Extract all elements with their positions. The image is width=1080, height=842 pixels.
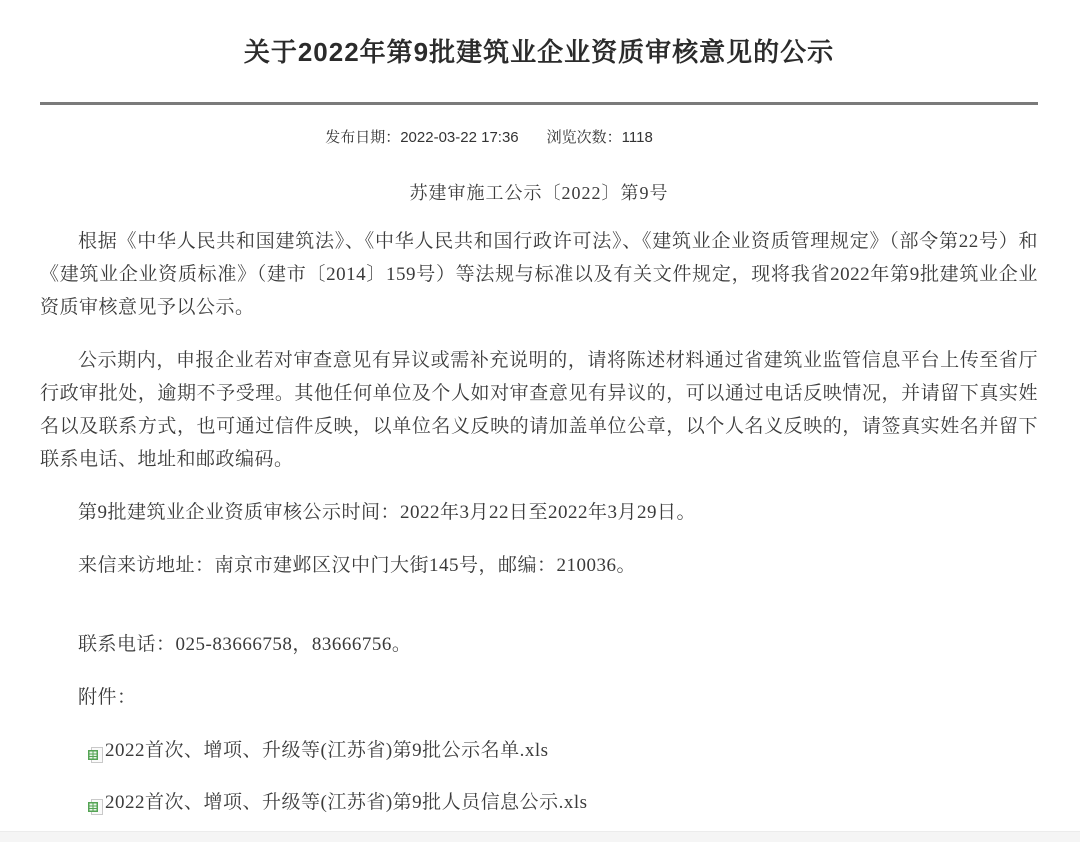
page-title: 关于2022年第9批建筑业企业资质审核意见的公示 xyxy=(40,0,1038,69)
paragraph-objection-procedure: 公示期内，申报企业若对审查意见有异议或需补充说明的，请将陈述材料通过省建筑业监管… xyxy=(40,344,1038,476)
paragraph-legal-basis: 根据《中华人民共和国建筑法》、《中华人民共和国行政许可法》、《建筑业企业资质管理… xyxy=(40,225,1038,324)
attachment-row: 2022首次、增项、升级等(江苏省)第9批公示名单.xls xyxy=(40,736,1038,766)
paragraph-mailing-address: 来信来访地址：南京市建邺区汉中门大街145号，邮编：210036。 xyxy=(40,549,1038,582)
attachment-link-personnel-info[interactable]: 2022首次、增项、升级等(江苏省)第9批人员信息公示.xls xyxy=(105,788,588,818)
paragraph-contact-phone: 联系电话：025-83666758，83666756。 xyxy=(40,628,1038,661)
excel-file-icon xyxy=(88,795,103,811)
attachment-list: 2022首次、增项、升级等(江苏省)第9批公示名单.xls 2022首次、增项、… xyxy=(40,736,1038,818)
document-number: 苏建审施工公示〔2022〕第9号 xyxy=(40,179,1038,205)
article-meta: 发布日期：2022-03-22 17:36浏览次数：1118 xyxy=(0,126,988,147)
article-content: 关于2022年第9批建筑业企业资质审核意见的公示 发布日期：2022-03-22… xyxy=(0,0,1080,818)
paragraph-publicity-period: 第9批建筑业企业资质审核公示时间：2022年3月22日至2022年3月29日。 xyxy=(40,496,1038,529)
publish-date-label: 发布日期： xyxy=(325,129,400,146)
excel-file-icon xyxy=(88,743,103,759)
attachments-label: 附件： xyxy=(40,681,1038,714)
title-divider xyxy=(40,102,1038,105)
article-body: 根据《中华人民共和国建筑法》、《中华人民共和国行政许可法》、《建筑业企业资质管理… xyxy=(40,225,1038,714)
view-count-label: 浏览次数： xyxy=(547,129,622,146)
publish-date-value: 2022-03-22 17:36 xyxy=(400,129,518,146)
page-footer-strip xyxy=(0,831,1080,842)
announcement-page: 关于2022年第9批建筑业企业资质审核意见的公示 发布日期：2022-03-22… xyxy=(0,0,1080,842)
attachment-row: 2022首次、增项、升级等(江苏省)第9批人员信息公示.xls xyxy=(40,788,1038,818)
view-count-value: 1118 xyxy=(622,129,653,146)
attachment-link-public-list[interactable]: 2022首次、增项、升级等(江苏省)第9批公示名单.xls xyxy=(105,736,549,766)
